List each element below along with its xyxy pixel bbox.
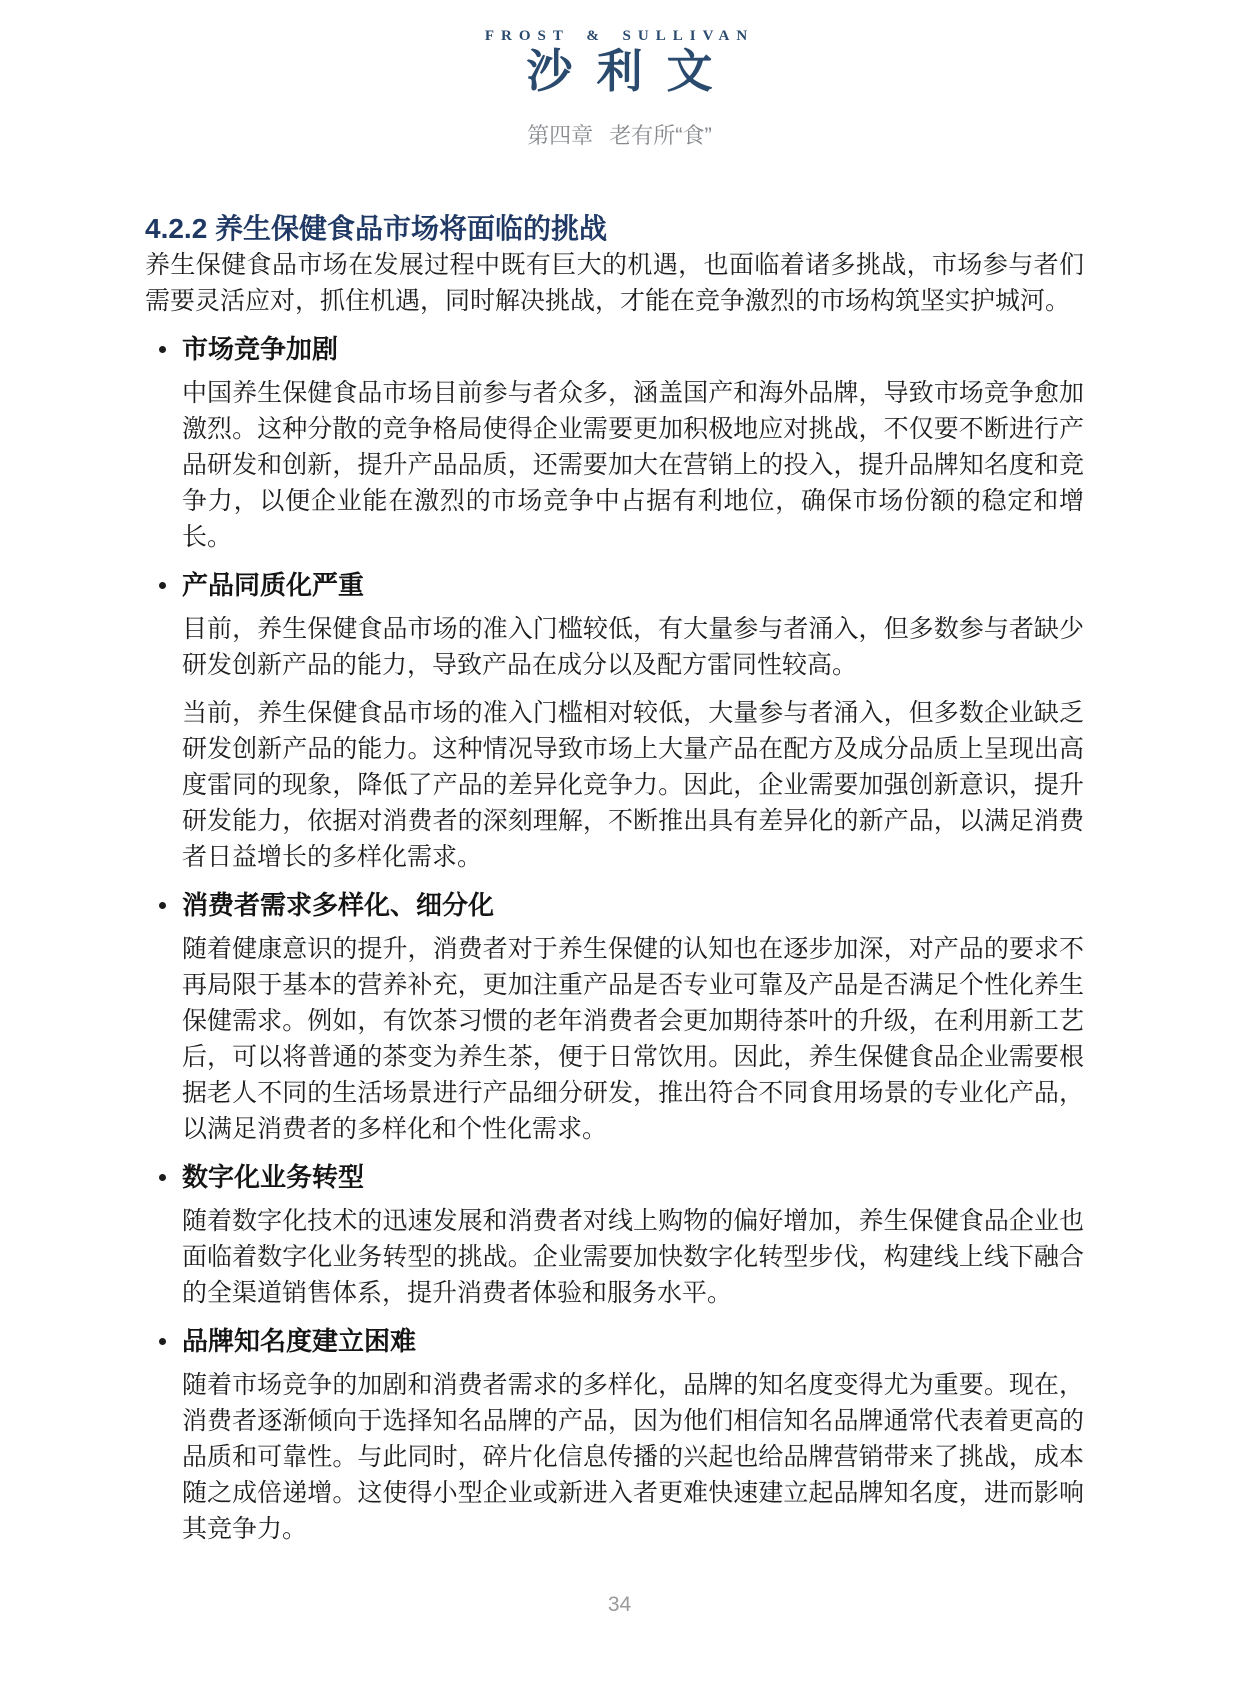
bullet-heading: 消费者需求多样化、细分化 [182, 887, 1084, 923]
bullet-section-brand-awareness: 品牌知名度建立困难 随着市场竞争的加剧和消费者需求的多样化，品牌的知名度变得尤为… [145, 1323, 1084, 1547]
bullet-section-digital-transformation: 数字化业务转型 随着数字化技术的迅速发展和消费者对线上购物的偏好增加，养生保健食… [145, 1159, 1084, 1311]
page-number: 34 [0, 1593, 1239, 1617]
section-title: 4.2.2 养生保健食品市场将面临的挑战 [145, 211, 1084, 247]
bullet-section-product-homogeneity: 产品同质化严重 目前，养生保健食品市场的准入门槛较低，有大量参与者涌入，但多数参… [145, 567, 1084, 875]
body-paragraph: 目前，养生保健食品市场的准入门槛较低，有大量参与者涌入，但多数参与者缺少研发创新… [182, 611, 1084, 683]
bullet-dot [159, 346, 166, 353]
bullet-section-consumer-demand: 消费者需求多样化、细分化 随着健康意识的提升，消费者对于养生保健的认知也在逐步加… [145, 887, 1084, 1147]
chapter-header: 第四章 老有所“食” [0, 123, 1239, 149]
bullet-heading: 数字化业务转型 [182, 1159, 1084, 1195]
bullet-dot [159, 582, 166, 589]
intro-paragraph: 养生保健食品市场在发展过程中既有巨大的机遇，也面临着诸多挑战，市场参与者们需要灵… [145, 247, 1084, 319]
page-body: 4.2.2 养生保健食品市场将面临的挑战 养生保健食品市场在发展过程中既有巨大的… [0, 211, 1239, 1547]
page-header: FROST & SULLIVAN 沙利文 第四章 老有所“食” [0, 0, 1239, 149]
bullet-heading: 品牌知名度建立困难 [182, 1323, 1084, 1359]
bullet-dot [159, 1338, 166, 1345]
bullet-dot [159, 1174, 166, 1181]
body-paragraph: 当前，养生保健食品市场的准入门槛相对较低，大量参与者涌入，但多数企业缺乏研发创新… [182, 695, 1084, 875]
sullivan-logo-chinese: 沙利文 [0, 47, 1239, 95]
frost-sullivan-logo-wordmark: FROST & SULLIVAN [0, 28, 1239, 44]
body-paragraph: 中国养生保健食品市场目前参与者众多，涵盖国产和海外品牌，导致市场竞争愈加激烈。这… [182, 375, 1084, 555]
report-page: FROST & SULLIVAN 沙利文 第四章 老有所“食” 4.2.2 养生… [0, 0, 1239, 1683]
bullet-dot [159, 902, 166, 909]
body-paragraph: 随着健康意识的提升，消费者对于养生保健的认知也在逐步加深，对产品的要求不再局限于… [182, 931, 1084, 1147]
bullet-heading: 市场竞争加剧 [182, 331, 1084, 367]
body-paragraph: 随着市场竞争的加剧和消费者需求的多样化，品牌的知名度变得尤为重要。现在，消费者逐… [182, 1367, 1084, 1547]
body-paragraph: 随着数字化技术的迅速发展和消费者对线上购物的偏好增加，养生保健食品企业也面临着数… [182, 1203, 1084, 1311]
bullet-heading: 产品同质化严重 [182, 567, 1084, 603]
bullet-section-market-competition: 市场竞争加剧 中国养生保健食品市场目前参与者众多，涵盖国产和海外品牌，导致市场竞… [145, 331, 1084, 555]
